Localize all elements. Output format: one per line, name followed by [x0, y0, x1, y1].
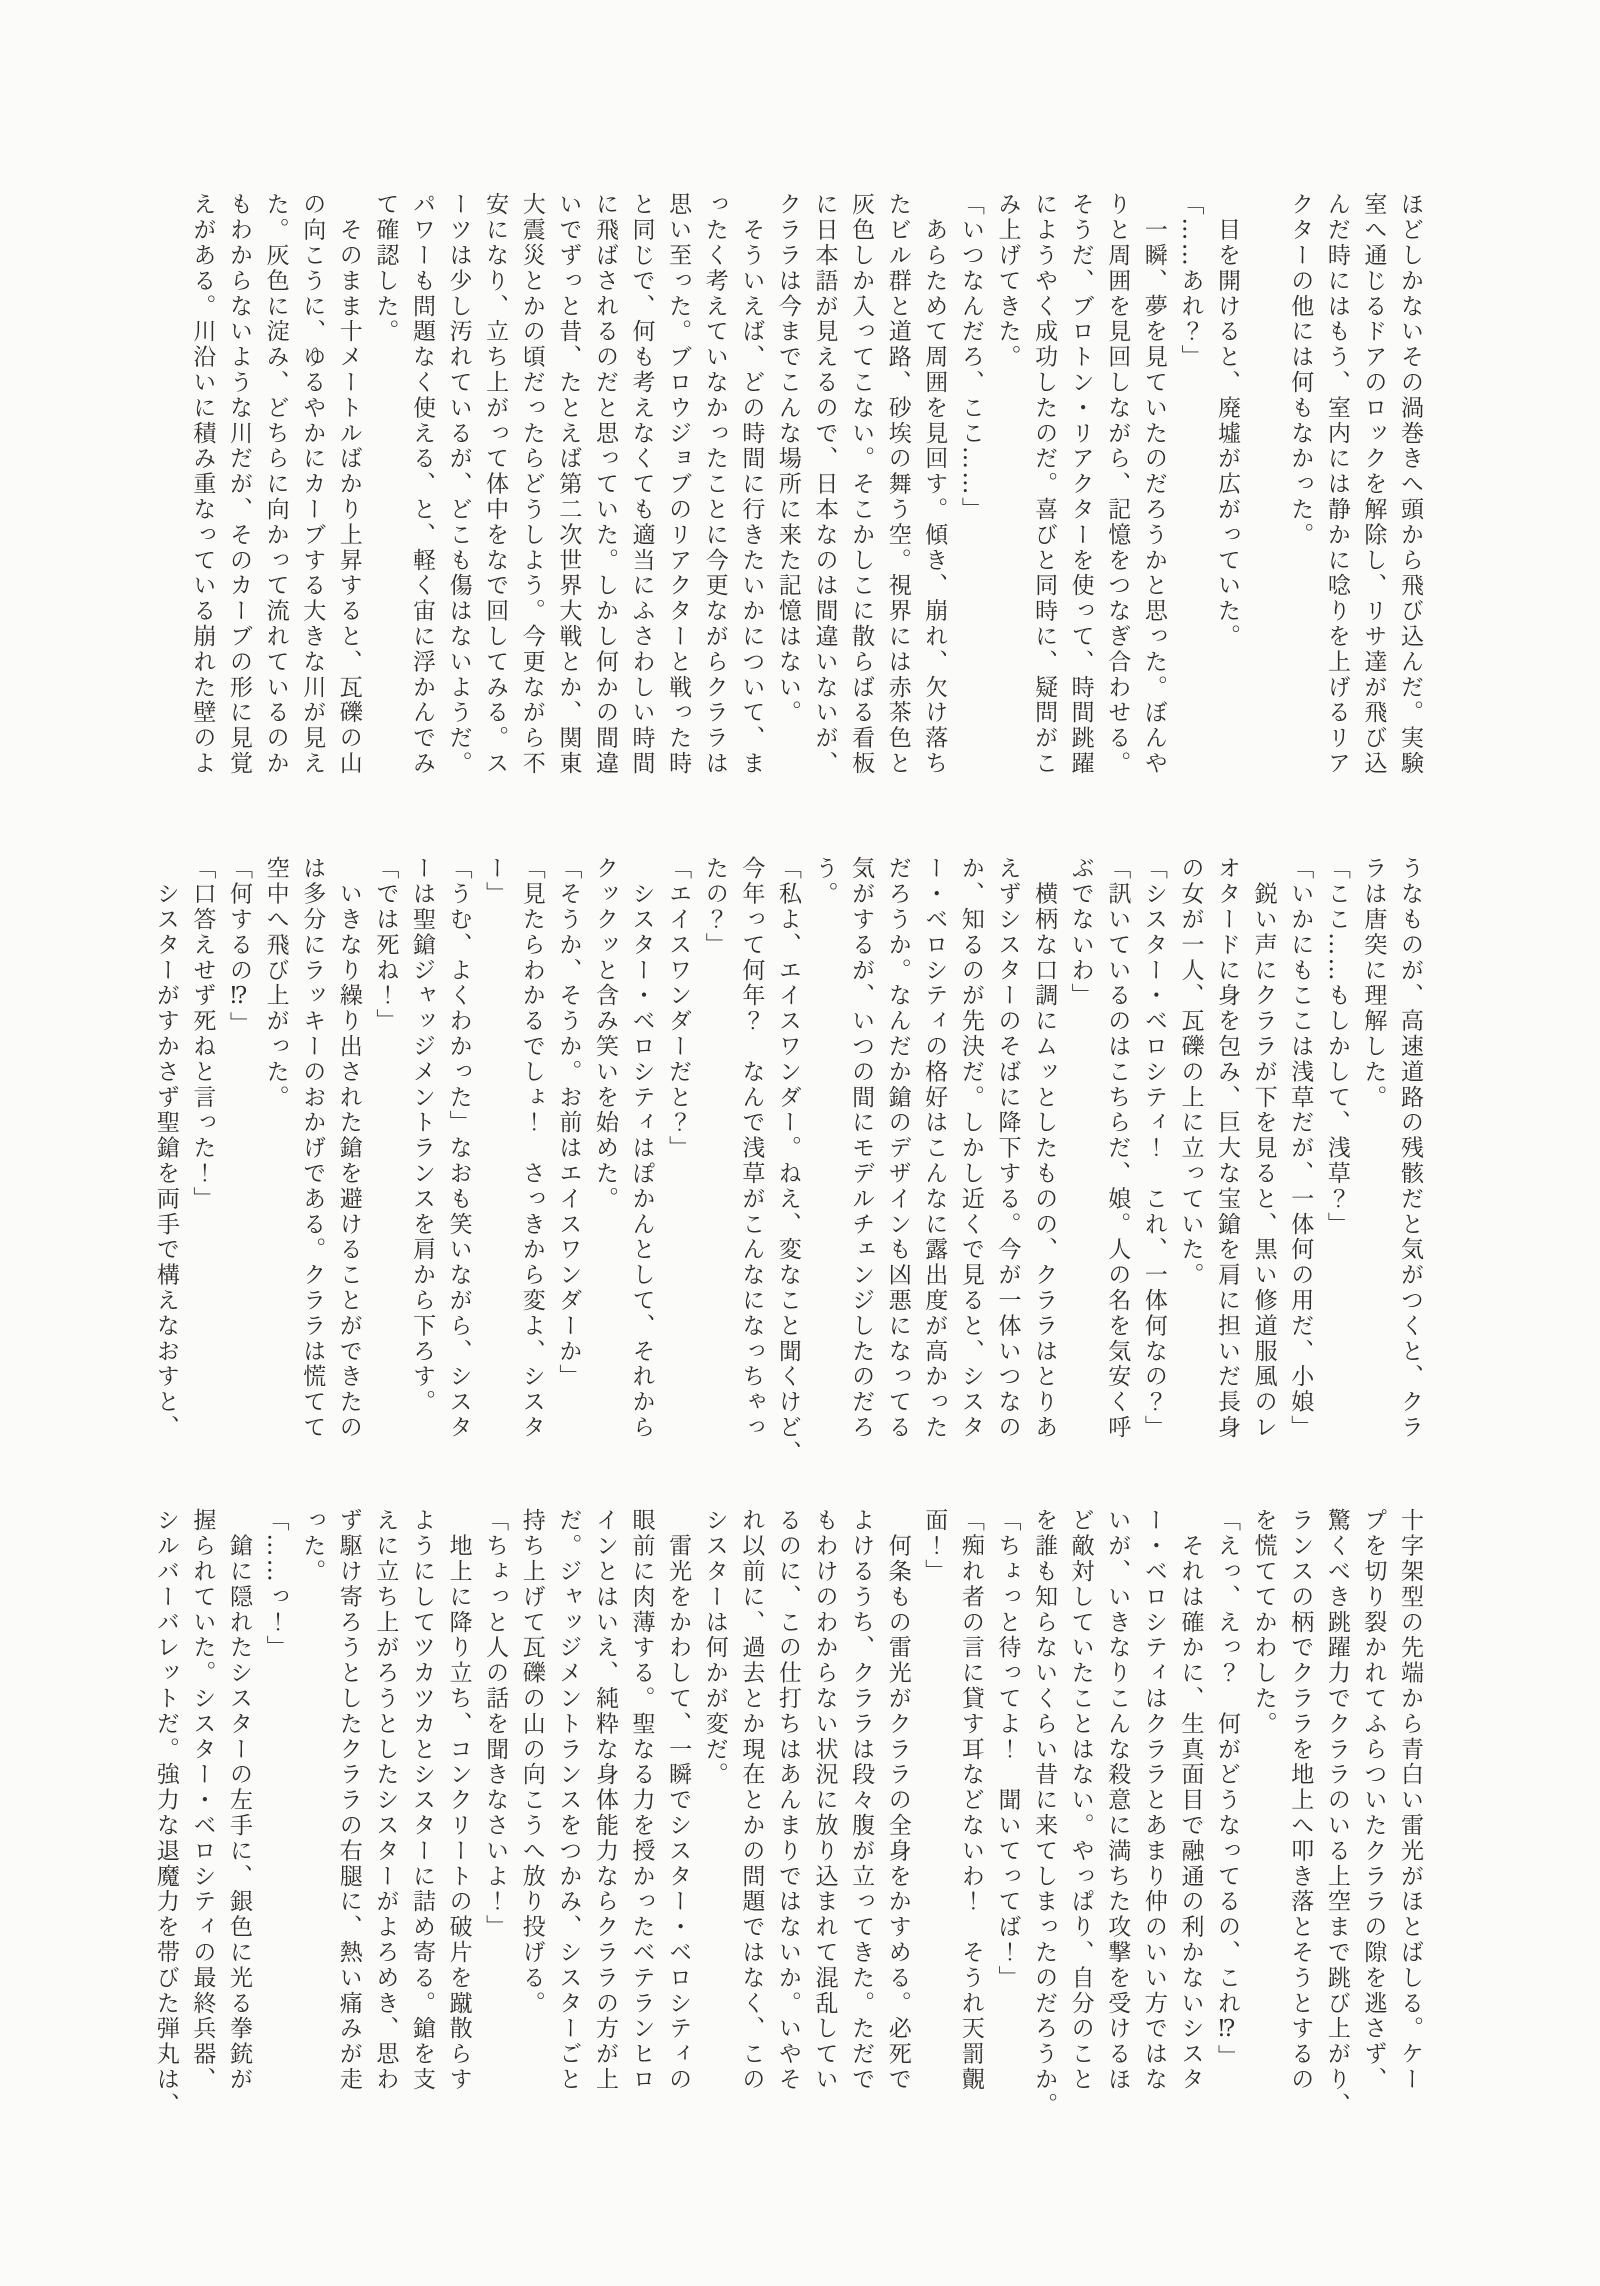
text-column: もわけのわからない状況に放り込まれて混乱してい: [806, 1508, 843, 2128]
text-column: そのまま十メートルばかり上昇すると、瓦礫の山: [330, 192, 367, 812]
text-column: 「そうか、そうか。お前はエイスワンダーか」: [550, 856, 587, 1476]
text-column: シルバーバレットだ。強力な退魔力を帯びた弾丸は、: [147, 1508, 184, 2128]
text-column: 眼前に肉薄する。聖なる力を授かったベテランヒロ: [623, 1508, 660, 2128]
text-column: ほどしかないその渦巻きへ頭から飛び込んだ。実験: [1391, 192, 1428, 812]
text-band-2: うなものが、高速道路の残骸だと気がつくと、クララは唐突に理解した。「ここ……もし…: [147, 856, 1428, 1476]
text-column: 気がするが、いつの間にモデルチェンジしたのだろ: [843, 856, 880, 1476]
text-column: あらためて周囲を見回す。傾き、崩れ、欠け落ち: [916, 192, 953, 812]
text-column: クックッと含み笑いを始めた。: [586, 856, 623, 1476]
text-column: にようやく成功したのだ。喜びと同時に、疑問がこ: [1025, 192, 1062, 812]
text-column: いきなり繰り出された鎗を避けることができたの: [330, 856, 367, 1476]
text-column: だ。ジャッジメントランスをつかみ、シスターごと: [550, 1508, 587, 2128]
text-column: パワーも問題なく使える、と、軽く宙に浮かんでみ: [403, 192, 440, 812]
text-column: 「……あれ？」: [1172, 192, 1209, 812]
text-column: 思い至った。ブロウジョブのリアクターと戦った時: [660, 192, 697, 812]
text-column: 大震災とかの頃だったらどうしよう。今更ながら不: [513, 192, 550, 812]
text-column: と同じで、何も考えなくても適当にふさわしい時間: [623, 192, 660, 812]
text-column: 「何するの⁉」: [220, 856, 257, 1476]
text-column: 「口答えせず死ねと言った！」: [184, 856, 221, 1476]
text-column: 鎗に隠れたシスターの左手に、銀色に光る拳銃が: [220, 1508, 257, 2128]
text-column: ようにしてツカツカとシスターに詰め寄る。鎗を支: [403, 1508, 440, 2128]
text-column: いでずっと昔、たとえば第二次世界大戦とか、関東: [550, 192, 587, 812]
document-page: ほどしかないその渦巻きへ頭から飛び込んだ。実験室へ通じるドアのロックを解除し、リ…: [0, 0, 1600, 2286]
text-band-1: ほどしかないその渦巻きへ頭から飛び込んだ。実験室へ通じるドアのロックを解除し、リ…: [184, 192, 1428, 812]
text-column: シスターがすかさず聖鎗を両手で構えなおすと、: [147, 856, 184, 1476]
text-column: るのに、この仕打ちはあんまりではないか。いやそ: [769, 1508, 806, 2128]
text-column: 「私よ、エイスワンダー。ねえ、変なこと聞くけど、: [769, 856, 806, 1476]
text-column: プを切り裂かれてふらついたクララの隙を逃さず、: [1355, 1508, 1392, 2128]
text-column: ラは唐突に理解した。: [1355, 856, 1392, 1476]
text-column: ランスの柄でクララを地上へ叩き落とそうとするの: [1282, 1508, 1319, 2128]
text-column: んだ時にはもう、室内には静かに唸りを上げるリア: [1318, 192, 1355, 812]
text-column: オタードに身を包み、巨大な宝鎗を肩に担いだ長身: [1208, 856, 1245, 1476]
text-column: た。灰色に淀み、どちらに向かって流れているのか: [257, 192, 294, 812]
text-column: 空中へ飛び上がった。: [257, 856, 294, 1476]
blank-separator-column: [1245, 192, 1282, 812]
text-column: いが、いきなりこんな殺意に満ちた攻撃を受けるほ: [1099, 1508, 1136, 2128]
text-column: う。: [806, 856, 843, 1476]
text-column: えずシスターのそばに降下する。今が一体いつなの: [989, 856, 1026, 1476]
text-column: 室へ通じるドアのロックを解除し、リサ達が飛び込: [1355, 192, 1392, 812]
text-column: 鋭い声にクララが下を見ると、黒い修道服風のレ: [1245, 856, 1282, 1476]
text-column: を慌ててかわした。: [1245, 1508, 1282, 2128]
text-column: 「では死ね！」: [367, 856, 404, 1476]
text-column: えがある。川沿いに積み重なっている崩れた壁のよ: [184, 192, 221, 812]
text-column: 何条もの雷光がクララの全身をかすめる。必死で: [879, 1508, 916, 2128]
text-column: 十字架型の先端から青白い雷光がほとばしる。ケー: [1391, 1508, 1428, 2128]
text-column: 地上に降り立ち、コンクリートの破片を蹴散らす: [440, 1508, 477, 2128]
text-column: 「ちょっと人の話を聞きなさいよ！」: [477, 1508, 514, 2128]
text-column: ぶでないわ」: [1062, 856, 1099, 1476]
text-column: 面！」: [916, 1508, 953, 2128]
text-column: そうだ、ブロトン・リアクターを使って、時間跳躍: [1062, 192, 1099, 812]
text-column: の向こうに、ゆるやかにカーブする大きな川が見え: [294, 192, 331, 812]
text-column: ー・ベロシティの格好はこんなに露出度が高かった: [916, 856, 953, 1476]
text-column: に飛ばされるのだと思っていた。しかし何かの間違: [586, 192, 623, 812]
text-column: クララは今までこんな場所に来た記憶はない。: [769, 192, 806, 812]
text-column: ーは聖鎗ジャッジメントランスを肩から下ろす。: [403, 856, 440, 1476]
text-column: 一瞬、夢を見ていたのだろうかと思った。ぼんや: [1135, 192, 1172, 812]
text-column: 今年って何年？ なんで浅草がこんなになっちゃっ: [733, 856, 770, 1476]
text-column: 「見たらわかるでしょ！ さっきから変よ、シスタ: [513, 856, 550, 1476]
text-column: よけるうち、クララは段々腹が立ってきた。ただで: [843, 1508, 880, 2128]
text-column: み上げてきた。: [989, 192, 1026, 812]
text-column: インとはいえ、純粋な身体能力ならクララの方が上: [586, 1508, 623, 2128]
text-column: それは確かに、生真面目で融通の利かないシスタ: [1172, 1508, 1209, 2128]
text-column: 「うむ、よくわかった」なおも笑いながら、シスタ: [440, 856, 477, 1476]
text-column: シスターは何かが変だ。: [696, 1508, 733, 2128]
text-column: の女が一人、瓦礫の上に立っていた。: [1172, 856, 1209, 1476]
text-column: 「訊いているのはこちらだ、娘。人の名を気安く呼: [1099, 856, 1136, 1476]
text-column: 「ちょっと待ってよ！ 聞いてってば！」: [989, 1508, 1026, 2128]
text-column: 「……っ！」: [257, 1508, 294, 2128]
text-column: だろうか。なんだか鎗のデザインも凶悪になってる: [879, 856, 916, 1476]
text-column: て確認した。: [367, 192, 404, 812]
text-column: 雷光をかわして、一瞬でシスター・ベロシティの: [660, 1508, 697, 2128]
text-column: ーツは少し汚れているが、どこも傷はないようだ。: [440, 192, 477, 812]
text-band-3: 十字架型の先端から青白い雷光がほとばしる。ケープを切り裂かれてふらついたクララの…: [147, 1508, 1428, 2128]
text-column: 握られていた。シスター・ベロシティの最終兵器、: [184, 1508, 221, 2128]
text-column: そういえば、どの時間に行きたいかについて、ま: [733, 192, 770, 812]
text-column: 横柄な口調にムッとしたものの、クララはとりあ: [1025, 856, 1062, 1476]
text-column: 「エイスワンダーだと？」: [660, 856, 697, 1476]
text-column: 目を開けると、廃墟が広がっていた。: [1208, 192, 1245, 812]
text-column: 灰色しか入ってこない。そこかしこに散らばる看板: [843, 192, 880, 812]
text-column: たビル群と道路、砂埃の舞う空。視界には赤茶色と: [879, 192, 916, 812]
text-column: シスター・ベロシティはぽかんとして、それから: [623, 856, 660, 1476]
text-column: 「痴れ者の言に貸す耳などないわ！ そうれ天罰覿: [952, 1508, 989, 2128]
text-column: うなものが、高速道路の残骸だと気がつくと、クラ: [1391, 856, 1428, 1476]
text-column: ど敵対していたことはない。やっぱり、自分のこと: [1062, 1508, 1099, 2128]
text-column: 安になり、立ち上がって体中をなで回してみる。ス: [477, 192, 514, 812]
text-column: えに立ち上がろうとしたシスターがよろめき、思わ: [367, 1508, 404, 2128]
text-column: れ以前に、過去とか現在とかの問題ではなく、この: [733, 1508, 770, 2128]
text-column: ず駆け寄ろうとしたクララの右腿に、熱い痛みが走: [330, 1508, 367, 2128]
text-column: 「シスター・ベロシティ！ これ、一体何なの？」: [1135, 856, 1172, 1476]
text-column: を誰も知らないくらい昔に来てしまったのだろうか。: [1025, 1508, 1062, 2128]
text-column: 持ち上げて瓦礫の山の向こうへ放り投げる。: [513, 1508, 550, 2128]
text-column: 「いつなんだろ、ここ……」: [952, 192, 989, 812]
text-column: 驚くべき跳躍力でクララのいる上空まで跳び上がり、: [1318, 1508, 1355, 2128]
text-column: に日本語が見えるので、日本なのは間違いないが、: [806, 192, 843, 812]
text-column: か、知るのが先決だ。しかし近くで見ると、シスタ: [952, 856, 989, 1476]
text-column: は多分にラッキーのおかげである。クララは慌てて: [294, 856, 331, 1476]
text-column: ー」: [477, 856, 514, 1476]
text-column: 「いかにもここは浅草だが、一体何の用だ、小娘」: [1282, 856, 1319, 1476]
text-column: たの？」: [696, 856, 733, 1476]
text-column: ー・ベロシティはクララとあまり仲のいい方ではな: [1135, 1508, 1172, 2128]
text-column: りと周囲を見回しながら、記憶をつなぎ合わせる。: [1099, 192, 1136, 812]
text-column: もわからないような川だが、そのカーブの形に見覚: [220, 192, 257, 812]
text-column: 「えっ、えっ？ 何がどうなってるの、これ⁉」: [1208, 1508, 1245, 2128]
text-column: った。: [294, 1508, 331, 2128]
text-column: ったく考えていなかったことに今更ながらクララは: [696, 192, 733, 812]
text-column: 「ここ……もしかして、浅草？」: [1318, 856, 1355, 1476]
text-column: クターの他には何もなかった。: [1282, 192, 1319, 812]
